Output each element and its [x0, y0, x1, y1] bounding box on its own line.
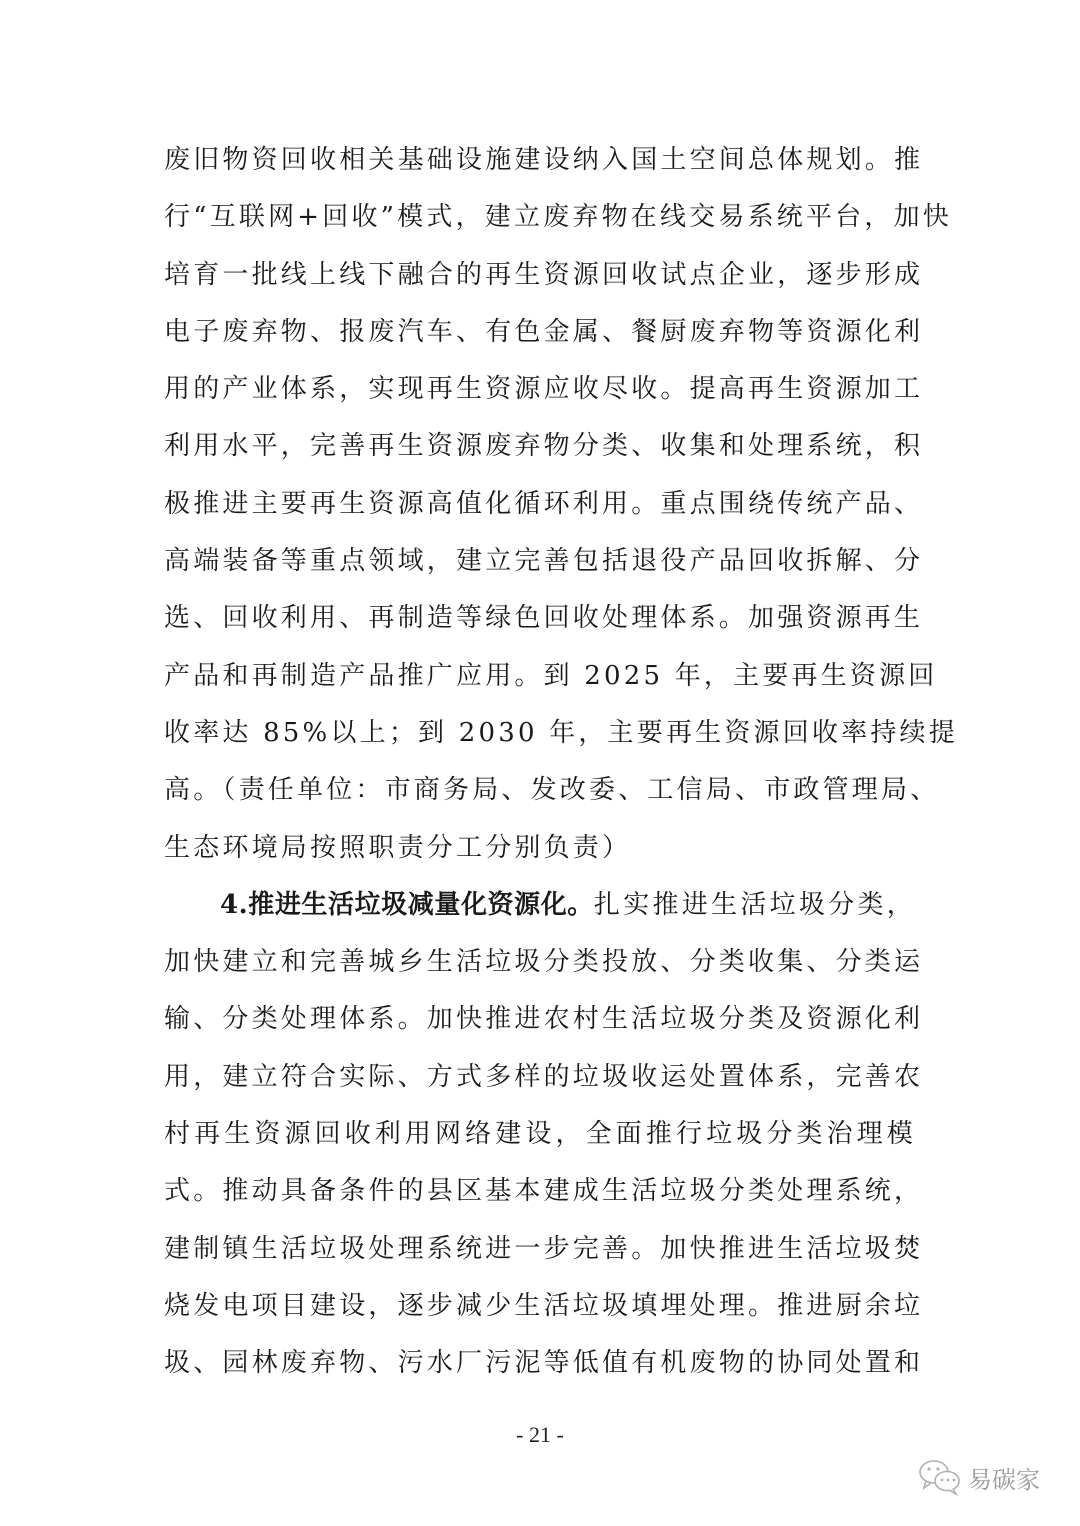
text-line: 用的产业体系，实现再生资源应收尽收。提高再生资源加工: [164, 361, 916, 418]
text-line: 高端装备等重点领域，建立完善包括退役产品回收拆解、分: [164, 533, 916, 590]
text-line: 行“互联网+回收”模式，建立废弃物在线交易系统平台，加快: [164, 189, 916, 246]
section-4-first-line: 4.推进生活垃圾减量化资源化。扎实推进生活垃圾分类，: [164, 877, 916, 934]
section-4-heading: 4.推进生活垃圾减量化资源化。: [220, 890, 594, 920]
text-line: 产品和再制造产品推广应用。到 2025 年，主要再生资源回: [164, 648, 916, 705]
wechat-icon: [918, 1458, 962, 1496]
text-line: 圾、园林废弃物、污水厂污泥等低值有机废物的协同处置和: [164, 1335, 916, 1392]
watermark: 易碳家: [918, 1458, 1040, 1496]
text-line: 废旧物资回收相关基础设施建设纳入国土空间总体规划。推: [164, 132, 916, 189]
text-line: 收率达 85%以上；到 2030 年，主要再生资源回收率持续提: [164, 705, 916, 762]
text-line: 电子废弃物、报废汽车、有色金属、餐厨废弃物等资源化利: [164, 304, 916, 361]
document-body: 废旧物资回收相关基础设施建设纳入国土空间总体规划。推 行“互联网+回收”模式，建…: [164, 132, 916, 1393]
text-line: 生态环境局按照职责分工分别负责）: [164, 820, 916, 877]
text-line: 利用水平，完善再生资源废弃物分类、收集和处理系统，积: [164, 418, 916, 475]
text-line: 加快建立和完善城乡生活垃圾分类投放、分类收集、分类运: [164, 934, 916, 991]
text-line: 用，建立符合实际、方式多样的垃圾收运处置体系，完善农: [164, 1049, 916, 1106]
text-line: 烧发电项目建设，逐步减少生活垃圾填埋处理。推进厨余垃: [164, 1278, 916, 1335]
text-line: 培育一批线上线下融合的再生资源回收试点企业，逐步形成: [164, 247, 916, 304]
page-number: - 21 -: [0, 1422, 1080, 1448]
section-4-text: 扎实推进生活垃圾分类，: [594, 890, 916, 920]
watermark-text: 易碳家: [968, 1460, 1040, 1495]
text-line: 式。推动具备条件的县区基本建成生活垃圾分类处理系统，: [164, 1163, 916, 1220]
text-line: 输、分类处理体系。加快推进农村生活垃圾分类及资源化利: [164, 991, 916, 1048]
text-line: 高。（责任单位：市商务局、发改委、工信局、市政管理局、: [164, 762, 916, 819]
text-line: 村再生资源回收利用网络建设，全面推行垃圾分类治理模: [164, 1106, 916, 1163]
text-line: 选、回收利用、再制造等绿色回收处理体系。加强资源再生: [164, 590, 916, 647]
text-line: 极推进主要再生资源高值化循环利用。重点围绕传统产品、: [164, 476, 916, 533]
text-line: 建制镇生活垃圾处理系统进一步完善。加快推进生活垃圾焚: [164, 1221, 916, 1278]
